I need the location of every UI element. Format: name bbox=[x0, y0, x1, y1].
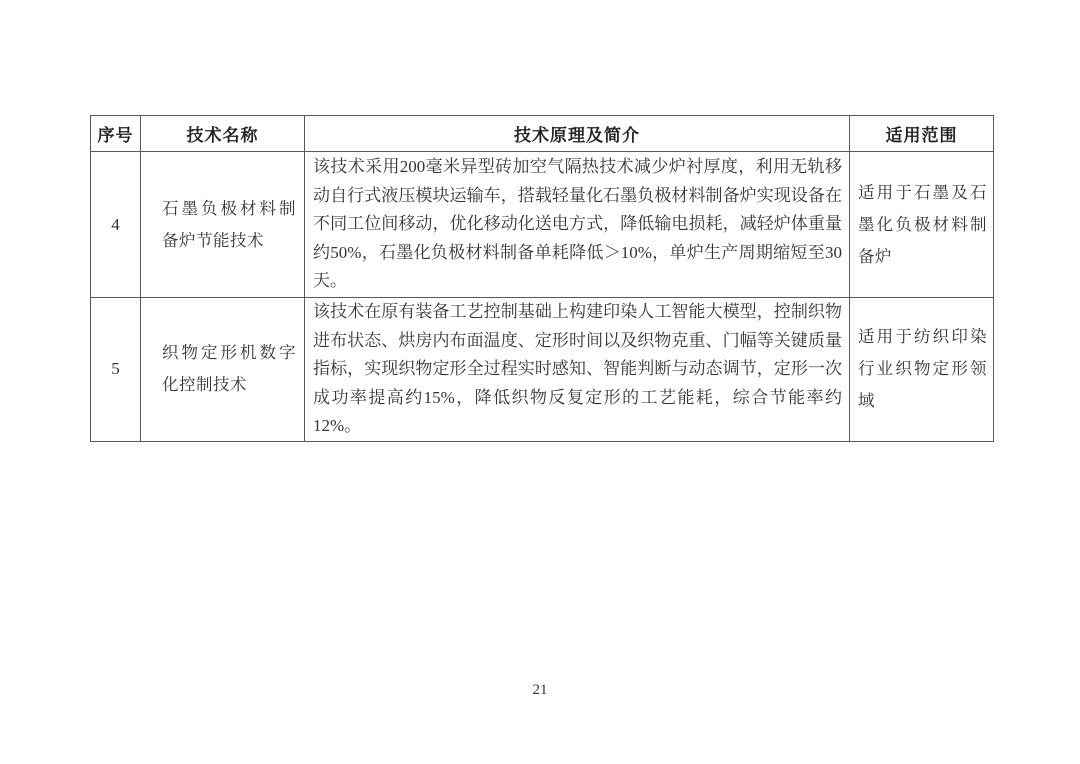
header-serial-number: 序号 bbox=[91, 116, 141, 152]
header-technology-principle: 技术原理及简介 bbox=[305, 116, 850, 152]
row-4-scope-cell: 适用于石墨及石墨化负极材料制备炉 bbox=[850, 152, 994, 298]
row-4-index-cell: 4 bbox=[91, 152, 141, 298]
row-4-name-cell: 石墨负极材料制备炉节能技术 bbox=[141, 152, 305, 298]
row-5-name-cell: 织物定形机数字化控制技术 bbox=[141, 298, 305, 442]
row-5-scope-cell: 适用于纺织印染行业织物定形领域 bbox=[850, 298, 994, 442]
document-page: 序号 技术名称 技术原理及简介 适用范围 4 石墨负极材料制备炉节能技术 该技术… bbox=[0, 0, 1080, 764]
table-header-row: 序号 技术名称 技术原理及简介 适用范围 bbox=[91, 116, 994, 152]
header-applicable-scope: 适用范围 bbox=[850, 116, 994, 152]
row-4-description-cell: 该技术采用200毫米异型砖加空气隔热技术减少炉衬厚度，利用无轨移动自行式液压模块… bbox=[305, 152, 850, 298]
table-row-4: 4 石墨负极材料制备炉节能技术 该技术采用200毫米异型砖加空气隔热技术减少炉衬… bbox=[91, 152, 994, 298]
page-number: 21 bbox=[0, 682, 1080, 699]
header-technology-name: 技术名称 bbox=[141, 116, 305, 152]
table-row-5: 5 织物定形机数字化控制技术 该技术在原有装备工艺控制基础上构建印染人工智能大模… bbox=[91, 298, 994, 442]
row-5-index-cell: 5 bbox=[91, 298, 141, 442]
row-5-description-cell: 该技术在原有装备工艺控制基础上构建印染人工智能大模型，控制织物进布状态、烘房内布… bbox=[305, 298, 850, 442]
technology-table: 序号 技术名称 技术原理及简介 适用范围 4 石墨负极材料制备炉节能技术 该技术… bbox=[90, 115, 994, 442]
